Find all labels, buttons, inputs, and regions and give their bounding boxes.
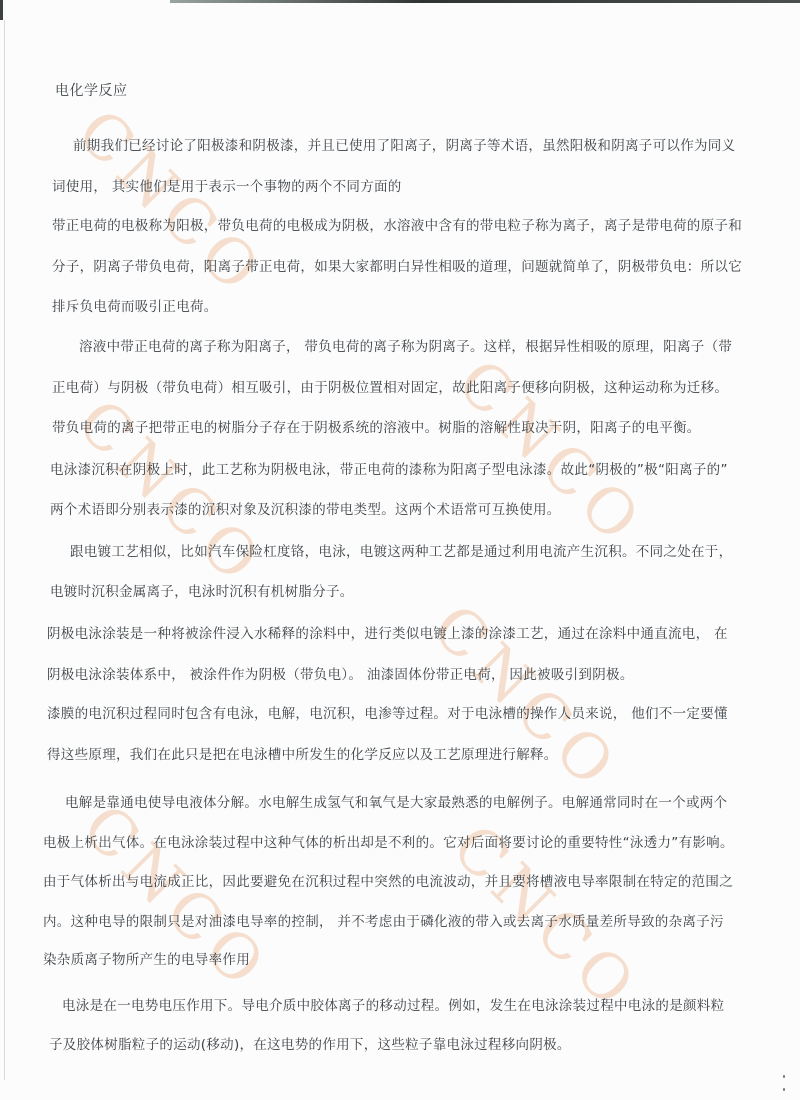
text-line: 带正电荷的电极称为阳极，带负电荷的电极成为阴极，水溶液中含有的带电粒子称为离子，… — [52, 214, 742, 234]
text-line: 由于气体析出与电流成正比，因此要避免在沉积过程中突然的电流波动，并且要将槽液电导… — [43, 870, 733, 890]
text-line: 两个术语即分别表示漆的沉积对象及沉积漆的带电类型。这两个术语常可互换使用。 — [50, 498, 561, 518]
text-line: 跟电镀工艺相似，比如汽车保险杠度铬，电泳，电镀这两种工艺都是通过利用电流产生沉积… — [70, 540, 732, 560]
text-line: 分子，阴离子带负电荷，阳离子带正电荷，如果大家都明白异性相吸的道理，问题就简单了… — [52, 255, 742, 275]
text-line: 正电荷）与阴极（带负电荷）相互吸引，由于阴极位置相对固定，故此阳离子便移向阴极，… — [52, 376, 728, 396]
text-line: 排斥负电荷而吸引正电荷。 — [52, 295, 218, 315]
text-line: 溶液中带正电荷的离子称为阳离子， 带负电荷的离子称为阴离子。这样，根据异性相吸的… — [79, 335, 732, 355]
text-line: 电泳是在一电势电压作用下。导电介质中胶体离子的移动过程。例如，发生在电泳涂装过程… — [62, 994, 724, 1014]
text-line: 带负电荷的离子把带正电的树脂分子存在于阴极系统的溶液中。树脂的溶解性取决于阴，阳… — [52, 416, 701, 436]
text-line: 电泳漆沉积在阴极上时，此工艺称为阴极电泳，带正电荷的漆称为阳离子型电泳漆。故此“… — [50, 458, 728, 478]
text-line: 阴极电泳涂装是一种将被涂件浸入水稀释的涂料中，进行类似电镀上漆的涂漆工艺，通过在… — [47, 622, 728, 642]
text-line: 前期我们已经讨论了阳极漆和阴极漆，并且已使用了阳离子，阴离子等术语，虽然阳极和阴… — [73, 134, 735, 154]
text-line: 电解是靠通电使导电液体分解。水电解生成氢气和氧气是大家最熟悉的电解例子。电解通常… — [65, 791, 727, 811]
text-line: 染杂质离子物所产生的电导率作用 — [43, 948, 250, 968]
document-page: 电化学反应 前期我们已经讨论了阳极漆和阴极漆，并且已使用了阳离子，阴离子等术语，… — [0, 0, 800, 1100]
text-line: 得这些原理，我们在此只是把在电泳槽中所发生的化学反应以及工艺原理进行解释。 — [47, 743, 558, 763]
text-line: 阴极电泳涂装体系中， 被涂件作为阴极（带负电）。 油漆固体份带正电荷， 因此被吸… — [47, 663, 634, 683]
text-line: 词使用， 其实他们是用于表示一个事物的两个不同方面的 — [52, 175, 402, 195]
text-line: 电极上析出气体。在电泳涂装过程中这种气体的析出却是不利的。它对后面将要讨论的重要… — [43, 831, 734, 851]
text-line: 漆膜的电沉积过程同时包含有电泳，电解，电沉积，电渗等过程。对于电泳槽的操作人员来… — [47, 702, 728, 722]
text-line: 内。这种电导的限制只是对油漆电导率的控制， 并不考虑由于磷化液的带入或去离子水质… — [43, 910, 724, 930]
text-line: 子及胶体树脂粒子的运动(移动)，在这电势的作用下，这些粒子靠电泳过程移向阴极。 — [49, 1033, 571, 1053]
text-line: 电镀时沉积金属离子，电泳时沉积有机树脂分子。 — [50, 580, 354, 600]
document-title: 电化学反应 — [55, 80, 128, 100]
